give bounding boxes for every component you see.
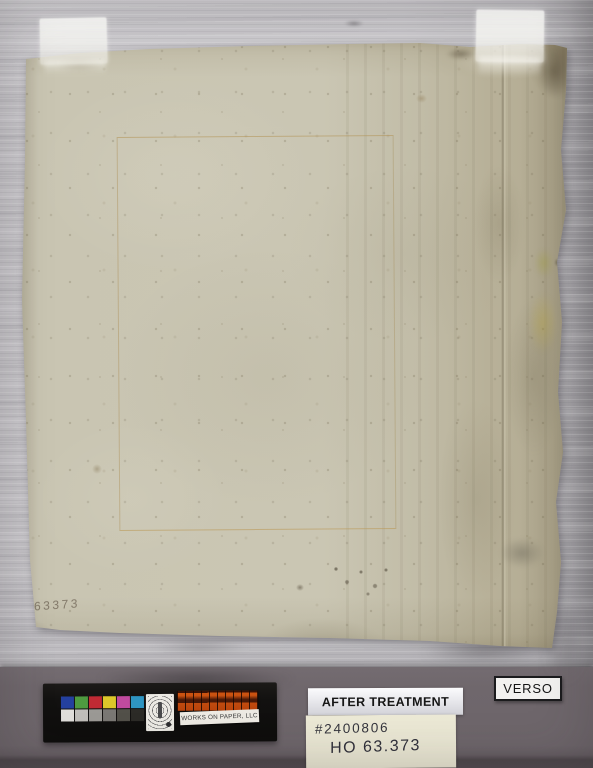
color-chip (89, 709, 102, 721)
color-chip (131, 709, 144, 721)
artwork-verso-paper: 63373 (22, 40, 568, 652)
color-chip (61, 696, 74, 708)
stain-spot (534, 248, 554, 278)
color-chip (117, 696, 130, 708)
after-treatment-label: AFTER TREATMENT (308, 688, 463, 716)
stain-spot (416, 94, 427, 103)
target-center-bar (158, 702, 162, 718)
object-number: HO 63.373 (330, 736, 456, 758)
color-chip (131, 696, 144, 708)
artwork-paper-wrap: 63373 (22, 40, 568, 652)
conservation-photo: 63373 WORKS ON PAPER, LLC AFTER TREATMEN… (0, 0, 593, 768)
verso-label: VERSO (494, 676, 562, 701)
vendor-label: WORKS ON PAPER, LLC (180, 709, 259, 725)
plate-mark-impression (117, 135, 397, 531)
stain-spot (500, 538, 544, 568)
stain-spot (554, 258, 563, 267)
handwritten-label: #2400806 HO 63.373 (306, 714, 456, 768)
color-chip (117, 709, 130, 721)
target-dot (166, 722, 171, 727)
chip-row-top (61, 696, 144, 708)
color-chip (103, 696, 116, 708)
board-mark (344, 20, 364, 27)
color-chip (75, 696, 88, 708)
stain-spot (92, 464, 102, 474)
job-number: #2400806 (315, 718, 456, 736)
color-chip (75, 709, 88, 721)
registration-target-icon (146, 694, 174, 731)
stain-spot (528, 292, 558, 354)
chip-grid (61, 696, 144, 722)
stain-spot (296, 584, 304, 591)
color-chip (103, 709, 116, 721)
chip-row-bottom (61, 709, 144, 721)
color-calibration-bar: WORKS ON PAPER, LLC (43, 682, 277, 742)
tape-top-left (40, 17, 108, 64)
calibration-ruler (177, 690, 258, 710)
stain-speckle-cluster (328, 560, 394, 600)
tape-top-right (476, 10, 545, 63)
color-chip (89, 696, 102, 708)
color-chip (61, 709, 74, 721)
